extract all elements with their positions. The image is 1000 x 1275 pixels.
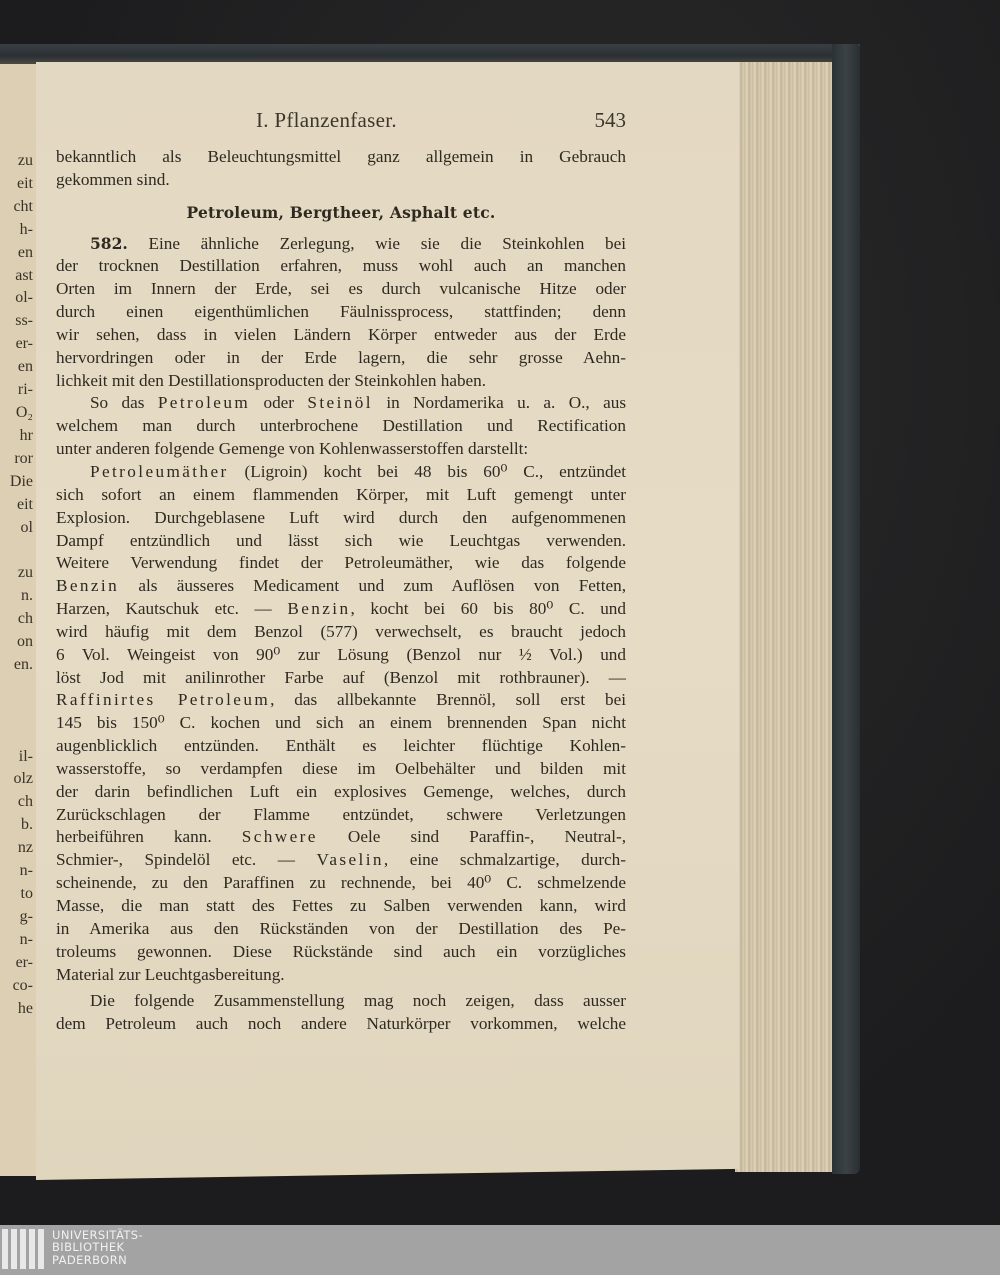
left-page-fragment: il- <box>10 746 33 769</box>
spaced-term: Steinöl <box>307 393 373 412</box>
book-page-edges <box>735 62 837 1172</box>
text-line: bekanntlich als Beleuchtungsmittel ganz … <box>56 146 626 169</box>
page-number: 543 <box>595 108 627 133</box>
left-page-fragment: n- <box>10 860 33 883</box>
left-page-fragment: er- <box>10 952 33 975</box>
text-line: durch einen eigenthümlichen Fäulnissproc… <box>56 301 626 324</box>
left-page-fragment: zu <box>10 150 33 173</box>
spaced-term: Benzin <box>56 576 119 595</box>
text-span: Oele sind Paraffin-, Neutral-, <box>348 827 626 846</box>
spaced-term: Raffinirtes Petroleum <box>56 690 270 709</box>
text-line: So das Petroleum oder Steinöl in Nordame… <box>56 392 626 415</box>
left-page-fragment: zu <box>10 562 33 585</box>
left-page-fragment: en <box>10 356 33 379</box>
text-span: So das <box>90 393 144 412</box>
left-page-fragment: ri- <box>10 379 33 402</box>
text-line: 582. Eine ähnliche Zerlegung, wie sie di… <box>56 233 626 256</box>
text-line: wasserstoffe, so verdampfen diese im Oel… <box>56 758 626 781</box>
page-body: bekanntlich als Beleuchtungsmittel ganz … <box>56 146 626 1036</box>
library-logo-text: UNIVERSITÄTS- BIBLIOTHEK PADERBORN <box>52 1229 143 1266</box>
section-number: 582. <box>90 234 128 253</box>
book-cover-top-edge <box>0 44 860 64</box>
text-line: der darin befindlichen Luft ein explosiv… <box>56 781 626 804</box>
left-page-fragment: on <box>10 631 33 654</box>
left-page-fragment: cht <box>10 196 33 219</box>
text-span: , das allbekannte Brennöl, soll erst bei <box>270 690 626 709</box>
text-line: 145 bis 150⁰ C. kochen und sich an einem… <box>56 712 626 735</box>
text-line: Orten im Innern der Erde, sei es durch v… <box>56 278 626 301</box>
left-page-fragment: ch <box>10 791 33 814</box>
text-line: wird häufig mit dem Benzol (577) verwech… <box>56 621 626 644</box>
left-page-fragment: he <box>10 998 33 1021</box>
text-line: hervordringen oder in der Erde lagern, d… <box>56 347 626 370</box>
left-page-fragment: er- <box>10 333 33 356</box>
left-page-fragment: ror <box>10 448 33 471</box>
left-page-fragment: ol <box>10 517 33 540</box>
text-span: Harzen, Kautschuk etc. — <box>56 599 272 618</box>
spaced-term: Petroleumäther <box>90 462 229 481</box>
left-page-fragment: g- <box>10 906 33 929</box>
text-span: , eine schmalzartige, durch- <box>384 850 626 869</box>
left-page-fragment: to <box>10 883 33 906</box>
left-page-fragment: co- <box>10 975 33 998</box>
text-span: (Ligroin) kocht bei 48 bis 60⁰ C., entzü… <box>244 462 626 481</box>
left-page-fragment: ch <box>10 608 33 631</box>
text-line: in Amerika aus den Rückständen von der D… <box>56 918 626 941</box>
text-span: als äusseres Medicament und zum Auflösen… <box>138 576 626 595</box>
left-page-fragment: ss- <box>10 310 33 333</box>
left-page-fragment: olz <box>10 768 33 791</box>
text-span: oder <box>263 393 294 412</box>
text-line: 6 Vol. Weingeist von 90⁰ zur Lösung (Ben… <box>56 644 626 667</box>
text-line: Die folgende Zusammenstellung mag noch z… <box>56 990 626 1013</box>
left-page-fragment: nz <box>10 837 33 860</box>
left-page-fragment: n. <box>10 585 33 608</box>
left-page-edge: zueitchth-enastol-ss-er-enri-O₂hrrorDiee… <box>0 64 38 1176</box>
text-span: herbeiführen kann. <box>56 827 212 846</box>
left-page-fragment: eit <box>10 494 33 517</box>
text-line: augenblicklich entzünden. Enthält es lei… <box>56 735 626 758</box>
text-line: gekommen sind. <box>56 169 626 192</box>
text-line: Benzin als äusseres Medicament und zum A… <box>56 575 626 598</box>
text-span: Eine ähnliche Zerlegung, wie sie die Ste… <box>148 234 626 253</box>
left-page-fragment <box>10 539 33 562</box>
left-page-fragment <box>10 677 33 700</box>
text-line: Schmier-, Spindelöl etc. — Vaselin, eine… <box>56 849 626 872</box>
spaced-term: Schwere <box>242 827 318 846</box>
left-page-fragment: O₂ <box>10 402 33 425</box>
running-head: I. Pflanzenfaser. 543 <box>36 108 626 138</box>
text-line: Petroleumäther (Ligroin) kocht bei 48 bi… <box>56 461 626 484</box>
left-page-fragment: h- <box>10 219 33 242</box>
text-line: Masse, die man statt des Fettes zu Salbe… <box>56 895 626 918</box>
text-line: herbeiführen kann. Schwere Oele sind Par… <box>56 826 626 849</box>
library-footer-bar: UNIVERSITÄTS- BIBLIOTHEK PADERBORN <box>0 1225 1000 1275</box>
text-line: Weitere Verwendung findet der Petroleumä… <box>56 552 626 575</box>
left-page-fragment: hr <box>10 425 33 448</box>
library-logo-icon <box>2 1229 47 1273</box>
left-page-fragment: ast <box>10 265 33 288</box>
text-line: sich sofort an einem flammenden Körper, … <box>56 484 626 507</box>
text-line: Raffinirtes Petroleum, das allbekannte B… <box>56 689 626 712</box>
left-page-fragment: n- <box>10 929 33 952</box>
text-line: wir sehen, dass in vielen Ländern Körper… <box>56 324 626 347</box>
text-line: lichkeit mit den Destillationsproducten … <box>56 370 626 393</box>
text-span: Schmier-, Spindelöl etc. — <box>56 850 295 869</box>
left-page-fragment: Die <box>10 471 33 494</box>
text-span: , kocht bei 60 bis 80⁰ C. und <box>350 599 626 618</box>
logo-line: PADERBORN <box>52 1254 143 1266</box>
spaced-term: Benzin <box>287 599 350 618</box>
left-page-fragment: b. <box>10 814 33 837</box>
text-line: Harzen, Kautschuk etc. — Benzin, kocht b… <box>56 598 626 621</box>
left-page-text-fragments: zueitchth-enastol-ss-er-enri-O₂hrrorDiee… <box>10 150 33 1020</box>
left-page-fragment <box>10 723 33 746</box>
left-page-fragment: eit <box>10 173 33 196</box>
left-page-fragment: en. <box>10 654 33 677</box>
running-title: I. Pflanzenfaser. <box>256 108 397 133</box>
text-line: Zurückschlagen der Flamme entzündet, sch… <box>56 804 626 827</box>
text-line: Explosion. Durchgeblasene Luft wird durc… <box>56 507 626 530</box>
text-line: löst Jod mit anilinrother Farbe auf (Ben… <box>56 667 626 690</box>
book-cover-right-edge <box>832 44 860 1174</box>
text-line: unter anderen folgende Gemenge von Kohle… <box>56 438 626 461</box>
text-line: der trocknen Destillation erfahren, muss… <box>56 255 626 278</box>
left-page-fragment <box>10 700 33 723</box>
left-page-fragment: en <box>10 242 33 265</box>
text-line: Dampf entzündlich und lässt sich wie Leu… <box>56 530 626 553</box>
spaced-term: Petroleum <box>158 393 250 412</box>
section-heading: Petroleum, Bergtheer, Asphalt etc. <box>56 202 626 225</box>
text-line: dem Petroleum auch noch andere Naturkörp… <box>56 1013 626 1036</box>
left-page-fragment: ol- <box>10 287 33 310</box>
text-line: Material zur Leuchtgasbereitung. <box>56 964 626 987</box>
spaced-term: Vaselin <box>316 850 383 869</box>
text-span: in Nordamerika u. a. O., aus <box>386 393 626 412</box>
text-line: scheinende, zu den Paraffinen zu rechnen… <box>56 872 626 895</box>
text-line: welchem man durch unterbrochene Destilla… <box>56 415 626 438</box>
text-line: troleums gewonnen. Diese Rückstände sind… <box>56 941 626 964</box>
logo-line: BIBLIOTHEK <box>52 1241 143 1253</box>
